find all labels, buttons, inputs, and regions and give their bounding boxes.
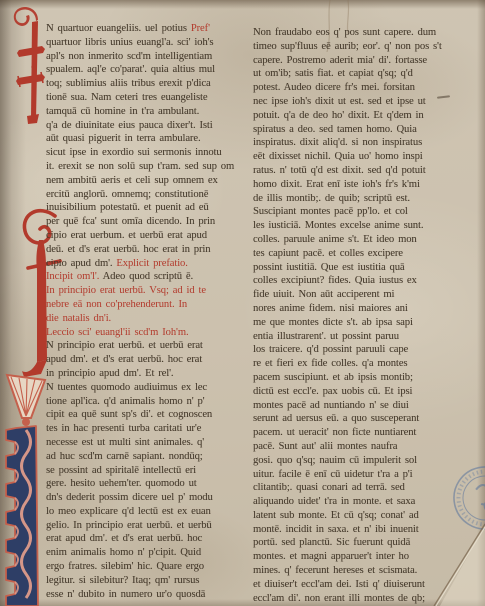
ink-text: tes capiunt pacē. et colles excipere xyxy=(253,248,403,259)
ink-text: cipit ea quē sunt sp's di'. et cognoscen xyxy=(46,409,212,420)
ink-text: se possint ad spiritalē intellectū eri xyxy=(46,465,196,476)
text-line: nec ipse ioh's dixit ut est. sed et ipse… xyxy=(253,95,467,109)
text-line: it. erexit se non solū sup t'ram. sed su… xyxy=(46,160,249,174)
text-line: nebre eā non co'prehenderunt. In xyxy=(46,298,249,312)
text-line: esse n' dubito in numero ur'o quosdā xyxy=(46,588,249,602)
text-line: nores anime fidem. nisi maiores ani xyxy=(253,302,467,316)
left-column: N quartuor euangeliis. uel potius Pref'q… xyxy=(46,22,249,601)
text-line: gere. hesito uehem'ter. quomodo ut xyxy=(46,477,249,491)
text-line: et diuiser't eccl'am dei. Isti q' diuise… xyxy=(253,578,467,592)
ink-text: cipio apud dm'. xyxy=(46,258,116,269)
ink-text: clitantib;. quasi conari ad terrā. sed xyxy=(253,482,405,493)
text-line: inuisibilium potestatū. et puenit ad eū xyxy=(46,201,249,215)
text-line: cipio apud dm'. Explicit prefatio. xyxy=(46,257,249,271)
ink-text: Suscipiant montes pacē pp'lo. et col xyxy=(253,206,408,217)
ink-text: re et fieri ex fide colles. q'a montes xyxy=(253,358,407,369)
ink-text: ercitū anglorū. omnemq; constitutionē xyxy=(46,189,208,200)
text-line: in principio apud dm'. Et rel'. xyxy=(46,367,249,381)
ink-text: potuit. q'a de deo ho' dixit. Et q'dem i… xyxy=(253,110,424,121)
ink-text: ut om'ib; satis fiat. et capiat q'sq; q'… xyxy=(253,68,413,79)
text-line: montes pacē ad nuntiando n' se diui xyxy=(253,399,467,413)
initial-I-intuentes xyxy=(0,372,48,606)
text-line: eēt dixisset nichil. Quia uo' homo inspi xyxy=(253,150,467,164)
text-line: ad huc scd'm carnē sapiant. nondūq; xyxy=(46,450,249,464)
ink-text: deū. et d's erat uerbū. hoc erat in prin xyxy=(46,244,210,255)
text-line: ut om'ib; satis fiat. et capiat q'sq; q'… xyxy=(253,67,467,81)
ink-text: entia illustrarent'. ut possint paruu xyxy=(253,331,399,342)
ink-text: colles. paruule anime s't. Et ideo mon xyxy=(253,234,417,245)
text-line: enim animalis homo n' p'cipit. Quid xyxy=(46,546,249,560)
text-line: spiratus a deo. sed tamen homo. Quia xyxy=(253,123,467,137)
ink-text: possint iustitiā. Que est iustitia quā xyxy=(253,262,405,273)
text-line: les iusticiā. Montes excelse anime sunt. xyxy=(253,219,467,233)
text-line: apl's non inmerito scd'm intelligentiam xyxy=(46,50,249,64)
text-line: aūt quasi piguerit in terra ambulare. xyxy=(46,132,249,146)
ink-text: pacem. ut ueracit' non ficte nuntiarent xyxy=(253,427,416,438)
text-line: tes in hac presenti turba caritati ur'e xyxy=(46,422,249,436)
ink-text: gosi. quo q'sq; nauim cū impulerit sol xyxy=(253,455,417,466)
ink-text: los traicere. q'd possint paruuli cape xyxy=(253,344,408,355)
ink-text: me que montes dicte s't. ab ipsa sapi xyxy=(253,317,413,328)
text-line: portū. sed planctū. Sic fuerunt quidā xyxy=(253,536,467,550)
ink-text: montes. et magni apparuer't inter ho xyxy=(253,551,409,562)
text-line: aliquando uidet' t'ra in monte. et saxa xyxy=(253,495,467,509)
text-line: latent sub monte. Et cū q'sq; conat' ad xyxy=(253,509,467,523)
text-line: cipio erat uerbum. et uerbū erat apud xyxy=(46,229,249,243)
text-line: die natalis dn'i. xyxy=(46,312,249,326)
ink-text: potest. Audeo dicere fr's mei. forsitan xyxy=(253,82,415,93)
ink-text: ergo fratres. silebim' hic. Quare ergo xyxy=(46,561,204,572)
rubric-text: nebre eā non co'prehenderunt. In xyxy=(46,299,187,310)
text-line: toq; sublimius aliis tribus erexit p'dic… xyxy=(46,77,249,91)
text-line: possint iustitiā. Que est iustitia quā xyxy=(253,261,467,275)
ink-text: nec ipse ioh's dixit ut est. sed et ipse… xyxy=(253,96,426,107)
rubric-text: In principio erat uerbū. Vsq; ad id te xyxy=(46,285,206,296)
ink-text: serunt ad uersus eū. a quo susceperant xyxy=(253,413,419,424)
ink-text: eēt dixisset nichil. Quia uo' homo inspi xyxy=(253,151,423,162)
text-line: dictū est eccl'e. pax uobis cū. Et ipsi xyxy=(253,385,467,399)
text-line: colles. paruule anime s't. Et ideo mon xyxy=(253,233,467,247)
ink-text: eccl'am di'. non erant illi montes de qb… xyxy=(253,593,425,604)
ink-text: pacem suscipiunt. et ab ipsis montib; xyxy=(253,372,413,383)
ink-text: gere. hesito uehem'ter. quomodo ut xyxy=(46,478,197,489)
text-line: dn's dederit possim dicere uel p' modu xyxy=(46,491,249,505)
text-line: per quē fca' sunt omīa dicendo. In prin xyxy=(46,215,249,229)
ink-text: legitur. si silebitur? Itaq; qm' rursus xyxy=(46,575,199,586)
text-line: inspiratus. dixit aliq'd. si non inspira… xyxy=(253,136,467,150)
text-line: ratus. n' totū q'd est dixit. sed q'd po… xyxy=(253,164,467,178)
text-line: tione apl'ica. q'd animalis homo n' p' xyxy=(46,395,249,409)
right-column: Non fraudabo eos q' pos sunt capere. dum… xyxy=(253,26,467,605)
ink-text: colles excipiunt? fides. Quia iustus ex xyxy=(253,275,417,286)
rubric-text: Pref' xyxy=(191,23,210,34)
text-line: N quartuor euangeliis. uel potius Pref' xyxy=(46,22,249,36)
text-line: timeo sup'fluus eē aurib; eor'. q' non p… xyxy=(253,40,467,54)
ink-text: capere. Postremo aderit mia' di'. fortas… xyxy=(253,55,427,66)
ink-text: apud dm'. et d's erat uerbū. hoc erat xyxy=(46,354,202,365)
ink-text: dn's dederit possim dicere uel p' modu xyxy=(46,492,213,503)
text-line: montē. incidit in saxa. et n' ibi inueni… xyxy=(253,523,467,537)
manuscript-page: N quartuor euangeliis. uel potius Pref'q… xyxy=(0,0,485,606)
text-line: In principio erat uerbū. Vsq; ad id te xyxy=(46,284,249,298)
ink-text: les iusticiā. Montes excelse anime sunt. xyxy=(253,220,423,231)
ink-text: timeo sup'fluus eē aurib; eor'. q' non p… xyxy=(253,41,442,52)
ink-text: q'a de diuinitate eius pauca dixer't. Is… xyxy=(46,120,213,131)
text-line: serunt ad uersus eū. a quo susceperant xyxy=(253,412,467,426)
text-line: nem ambitū aeris et celi sup omnem ex xyxy=(46,174,249,188)
text-line: capere. Postremo aderit mia' di'. fortas… xyxy=(253,54,467,68)
ink-text: it. erexit se non solū sup t'ram. sed su… xyxy=(46,161,234,172)
ink-text: apl's non inmerito scd'm intelligentiam xyxy=(46,51,212,62)
page-edge-shadow-top xyxy=(0,0,485,9)
ink-text: portū. sed planctū. Sic fuerunt quidā xyxy=(253,537,410,548)
ink-text: montes pacē ad nuntiando n' se diui xyxy=(253,400,409,411)
text-line: de illis montib;. de quib; scriptū est. xyxy=(253,192,467,206)
text-line: los traicere. q'd possint paruuli cape xyxy=(253,343,467,357)
text-line: apud dm'. et d's erat uerbū. hoc erat xyxy=(46,353,249,367)
text-line: tes capiunt pacē. et colles excipere xyxy=(253,247,467,261)
text-line: me que montes dicte s't. ab ipsa sapi xyxy=(253,316,467,330)
text-line: pacem. ut ueracit' non ficte nuntiarent xyxy=(253,426,467,440)
rubric-text: Leccio sci' euangl'ii scd'm Ioh'm. xyxy=(46,327,189,338)
text-line: N principio erat uerbū. et uerbū erat xyxy=(46,339,249,353)
ink-text: gelio. In principio erat uerbū. et uerbū xyxy=(46,520,212,531)
ink-text: Non fraudabo eos q' pos sunt capere. dum xyxy=(253,27,436,38)
ink-text: pacē. Sunt aut' alii montes naufra xyxy=(253,441,397,452)
ink-text: tione apl'ica. q'd animalis homo n' p' xyxy=(46,396,204,407)
ink-text: et diuiser't eccl'am dei. Isti q' diuise… xyxy=(253,579,425,590)
ink-text: esse n' dubito in numero ur'o quosdā xyxy=(46,589,205,600)
ink-text: N tuentes quomodo audiuimus ex lec xyxy=(46,382,207,393)
ink-text: homo dixit. Erat enī iste ioh's fr's k'm… xyxy=(253,179,420,190)
text-line: erat apud dm'. et d's erat uerbū. hoc xyxy=(46,532,249,546)
ink-text: Adeo quod scriptū ē. xyxy=(103,271,193,282)
text-line: potuit. q'a de deo ho' dixit. Et q'dem i… xyxy=(253,109,467,123)
text-line: colles excipiunt? fides. Quia iustus ex xyxy=(253,274,467,288)
rubric-text: Incipit om'l'. xyxy=(46,271,103,282)
ink-text: inspiratus. dixit aliq'd. si non inspira… xyxy=(253,137,422,148)
ink-text: erat apud dm'. et d's erat uerbū. hoc xyxy=(46,533,202,544)
ink-text: inuisibilium potestatū. et puenit ad eū xyxy=(46,202,209,213)
text-line: ercitū anglorū. omnemq; constitutionē xyxy=(46,188,249,202)
text-line: potest. Audeo dicere fr's mei. forsitan xyxy=(253,81,467,95)
ink-text: enim animalis homo n' p'cipit. Quid xyxy=(46,547,201,558)
ink-text: tes in hac presenti turba caritati ur'e xyxy=(46,423,201,434)
text-line: re et fieri ex fide colles. q'a montes xyxy=(253,357,467,371)
ink-text: necesse est ut multi sint animales. q' xyxy=(46,437,204,448)
ink-text: mines. q' fecerunt hereses et scismata. xyxy=(253,565,417,576)
text-line: Leccio sci' euangl'ii scd'm Ioh'm. xyxy=(46,326,249,340)
text-line: Incipit om'l'. Adeo quod scriptū ē. xyxy=(46,270,249,284)
text-line: montes. et magni apparuer't inter ho xyxy=(253,550,467,564)
ink-text: aūt quasi piguerit in terra ambulare. xyxy=(46,133,201,144)
ink-text: ad huc scd'm carnē sapiant. nondūq; xyxy=(46,451,203,462)
text-line: N tuentes quomodo audiuimus ex lec xyxy=(46,381,249,395)
text-line: legitur. si silebitur? Itaq; qm' rursus xyxy=(46,574,249,588)
text-line: gosi. quo q'sq; nauim cū impulerit sol xyxy=(253,454,467,468)
text-line: entia illustrarent'. ut possint paruu xyxy=(253,330,467,344)
text-line: gelio. In principio erat uerbū. et uerbū xyxy=(46,519,249,533)
text-line: q'a de diuinitate eius pauca dixer't. Is… xyxy=(46,119,249,133)
ink-text: tionē sua. Nam ceteri tres euangeliste xyxy=(46,92,207,103)
ink-text: aliquando uidet' t'ra in monte. et saxa xyxy=(253,496,415,507)
rubric-text: die natalis dn'i. xyxy=(46,313,111,324)
ink-text: montē. incidit in saxa. et n' ibi inueni… xyxy=(253,524,419,535)
text-line: tionē sua. Nam ceteri tres euangeliste xyxy=(46,91,249,105)
text-line: ergo fratres. silebim' hic. Quare ergo xyxy=(46,560,249,574)
text-line: uitur. facile ē enī cū uidetur t'ra a p'… xyxy=(253,468,467,482)
ink-text: spualem. aql'e co'parat'. quia altius mu… xyxy=(46,64,215,75)
ink-text: latent sub monte. Et cū q'sq; conat' ad xyxy=(253,510,419,521)
text-line: lo meo explicare q'd lectū est ex euan xyxy=(46,505,249,519)
ink-text: de illis montib;. de quib; scriptū est. xyxy=(253,193,410,204)
text-line: tamquā cū homine in t'ra ambulant. xyxy=(46,105,249,119)
text-line: sicut ipse in exordio sui sermonis innot… xyxy=(46,146,249,160)
text-line: pacē. Sunt aut' alii montes naufra xyxy=(253,440,467,454)
text-line: mines. q' fecerunt hereses et scismata. xyxy=(253,564,467,578)
ink-text: sicut ipse in exordio sui sermonis innot… xyxy=(46,147,222,158)
text-line: necesse est ut multi sint animales. q' xyxy=(46,436,249,450)
ink-text: in principio apud dm'. Et rel'. xyxy=(46,368,173,379)
ink-text: uitur. facile ē enī cū uidetur t'ra a p'… xyxy=(253,469,412,480)
ink-text: dictū est eccl'e. pax uobis cū. Et ipsi xyxy=(253,386,412,397)
ink-text: ratus. n' totū q'd est dixit. sed q'd po… xyxy=(253,165,426,176)
ink-text: N quartuor euangeliis. uel potius xyxy=(46,23,191,34)
text-line: Non fraudabo eos q' pos sunt capere. dum xyxy=(253,26,467,40)
text-line: homo dixit. Erat enī iste ioh's fr's k'm… xyxy=(253,178,467,192)
ink-text: spiratus a deo. sed tamen homo. Quia xyxy=(253,124,417,135)
ink-text: quartuor libris unius euangl'a. sci' ioh… xyxy=(46,37,213,48)
ink-text: nem ambitū aeris et celi sup omnem ex xyxy=(46,175,218,186)
ink-text: per quē fca' sunt omīa dicendo. In prin xyxy=(46,216,215,227)
text-line: Suscipiant montes pacē pp'lo. et col xyxy=(253,205,467,219)
ink-text: lo meo explicare q'd lectū est ex euan xyxy=(46,506,211,517)
text-line: fide uiuit. Non aūt acciperent mi xyxy=(253,288,467,302)
ink-text: tamquā cū homine in t'ra ambulant. xyxy=(46,106,199,117)
initial-I-in-quatuor xyxy=(7,6,45,128)
ink-text: N principio erat uerbū. et uerbū erat xyxy=(46,340,203,351)
text-line: se possint ad spiritalē intellectū eri xyxy=(46,464,249,478)
rubric-text: Explicit prefatio. xyxy=(116,258,187,269)
text-line: clitantib;. quasi conari ad terrā. sed xyxy=(253,481,467,495)
text-line: cipit ea quē sunt sp's di'. et cognoscen xyxy=(46,408,249,422)
text-line: pacem suscipiunt. et ab ipsis montib; xyxy=(253,371,467,385)
ink-text: nores anime fidem. nisi maiores ani xyxy=(253,303,408,314)
ink-text: fide uiuit. Non aūt acciperent mi xyxy=(253,289,394,300)
text-line: deū. et d's erat uerbū. hoc erat in prin xyxy=(46,243,249,257)
text-line: spualem. aql'e co'parat'. quia altius mu… xyxy=(46,63,249,77)
ink-text: toq; sublimius aliis tribus erexit p'dic… xyxy=(46,78,211,89)
text-line: quartuor libris unius euangl'a. sci' ioh… xyxy=(46,36,249,50)
ink-text: cipio erat uerbum. et uerbū erat apud xyxy=(46,230,207,241)
text-line: eccl'am di'. non erant illi montes de qb… xyxy=(253,592,467,606)
